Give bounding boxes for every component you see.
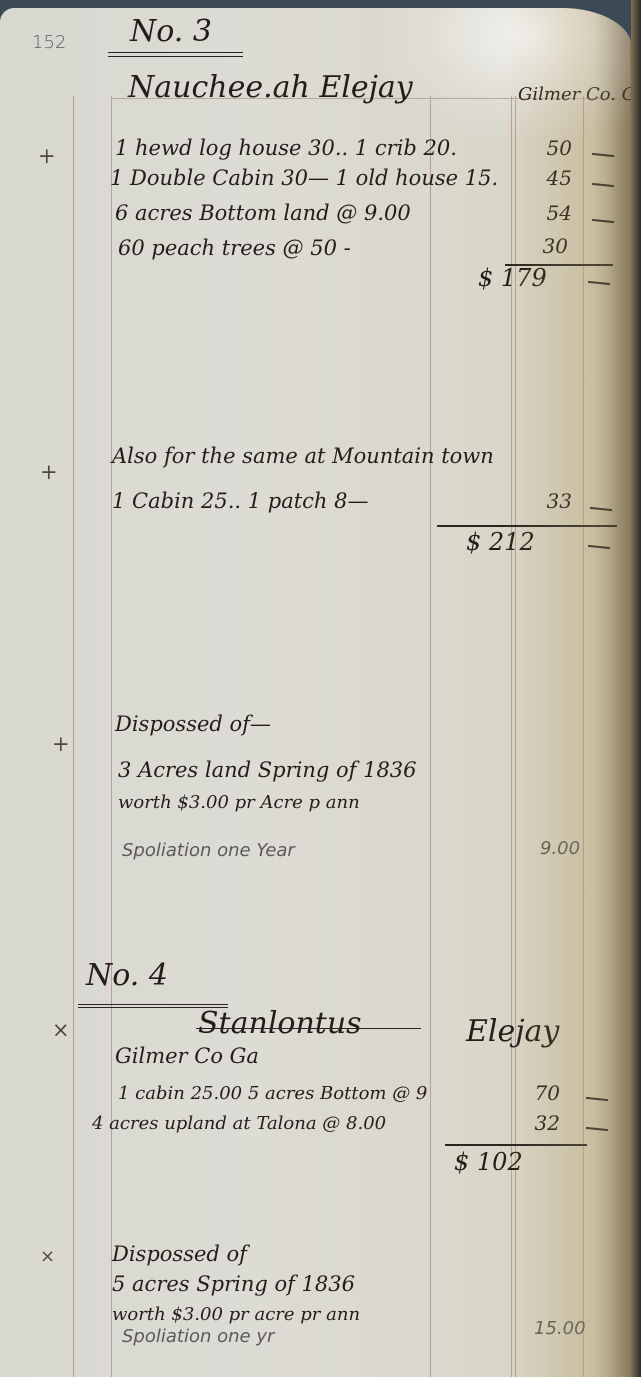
- sum-line: [445, 1144, 587, 1146]
- item-value: 32: [500, 1111, 560, 1135]
- spoliation-label: Spoliation one yr: [122, 1326, 274, 1347]
- column-rule-3: [430, 96, 431, 1377]
- margin-check-mark: +: [52, 732, 70, 756]
- item-value: 33: [512, 489, 572, 513]
- item-dash: [592, 183, 614, 187]
- item-dash: [592, 153, 614, 157]
- margin-rule-2: [111, 96, 112, 1377]
- additional-heading: Also for the same at Mountain town: [112, 444, 494, 468]
- entry-number-underline: [78, 1004, 228, 1005]
- disposal-title: Dispossed of: [112, 1242, 247, 1266]
- item-value: 45: [512, 166, 572, 190]
- margin-check-mark: +: [38, 144, 56, 168]
- margin-cross-mark: ×: [40, 1246, 55, 1267]
- subtotal: $ 179: [478, 264, 547, 292]
- entry-county: Gilmer Co Ga: [115, 1044, 259, 1068]
- item-dash: [586, 1097, 608, 1101]
- item-description: 1 Cabin 25.. 1 patch 8—: [112, 489, 369, 513]
- entry-heading: Nauchee.ah Elejay: [128, 70, 413, 105]
- item-description: 4 acres upland at Talona @ 8.00: [92, 1113, 386, 1134]
- item-value: 70: [500, 1081, 560, 1105]
- spoliation-value: 15.00: [534, 1318, 586, 1339]
- sum-line: [437, 525, 617, 527]
- subtotal-dash: [588, 281, 610, 285]
- book-binding-edge: [631, 0, 641, 1377]
- entry-number: No. 4: [86, 958, 168, 993]
- total: $ 102: [454, 1148, 523, 1176]
- disposal-title: Dispossed of—: [115, 712, 271, 736]
- item-dash: [592, 219, 614, 223]
- total-dash: [588, 545, 610, 549]
- item-description: 60 peach trees @ 50 -: [118, 236, 351, 260]
- entry-number-underline-2: [108, 56, 243, 57]
- item-value: 50: [512, 136, 572, 160]
- entry-number-underline: [108, 52, 243, 53]
- entry-number: No. 3: [130, 14, 212, 49]
- spoliation-value: 9.00: [540, 838, 580, 859]
- item-description: 1 Double Cabin 30— 1 old house 15.: [110, 166, 498, 190]
- item-description: 1 hewd log house 30.. 1 crib 20.: [115, 136, 457, 160]
- total: $ 212: [466, 528, 535, 556]
- entry-county: Gilmer Co. G.: [518, 84, 632, 105]
- item-description: 6 acres Bottom land @ 9.00: [115, 201, 411, 225]
- heading-strike: [196, 1028, 421, 1029]
- entry-place: Elejay: [466, 1014, 559, 1049]
- item-value: 30: [508, 234, 568, 258]
- margin-rule-1: [73, 96, 74, 1377]
- item-dash: [590, 507, 612, 511]
- margin-cross-mark: ×: [52, 1018, 70, 1042]
- spoliation-label: Spoliation one Year: [122, 840, 295, 861]
- entry-heading: Stanlontus: [198, 1006, 362, 1041]
- ledger-page: 152 No. 3 Nauchee.ah Elejay Gilmer Co. G…: [0, 8, 632, 1377]
- disposal-line: worth $3.00 pr acre pr ann: [112, 1304, 360, 1325]
- column-rule-6: [583, 96, 584, 1377]
- margin-check-mark: +: [40, 460, 58, 484]
- disposal-line: worth $3.00 pr Acre p ann: [118, 792, 360, 813]
- page-number: 152: [32, 32, 66, 53]
- disposal-line: 3 Acres land Spring of 1836: [118, 758, 417, 782]
- item-value: 54: [512, 201, 572, 225]
- disposal-line: 5 acres Spring of 1836: [112, 1272, 355, 1296]
- item-description: 1 cabin 25.00 5 acres Bottom @ 9: [118, 1083, 427, 1104]
- light-glare: [380, 8, 630, 138]
- item-dash: [586, 1127, 608, 1131]
